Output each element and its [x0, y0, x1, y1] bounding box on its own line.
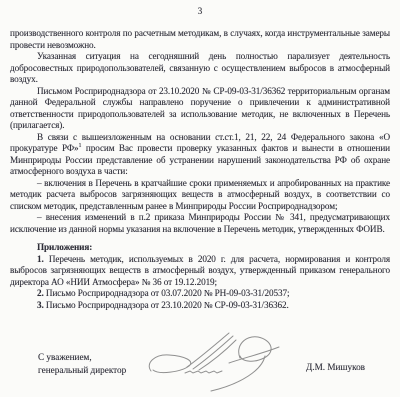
attachment-number: 3.	[37, 300, 44, 310]
signatory-name: Д.М. Мишуков	[306, 362, 365, 372]
paragraph: Письмом Росприроднадзора от 23.10.2020 №…	[10, 86, 390, 132]
attachment-item: 1. Перечень методик, используемых в 2020…	[10, 254, 390, 289]
page-number: 3	[0, 6, 400, 16]
closing-block: С уважением, генеральный директор	[38, 351, 126, 377]
attachment-text: Письмо Росприроднадзора от 03.07.2020 № …	[46, 288, 290, 298]
closing-line: С уважением,	[38, 351, 126, 364]
document-page: 3 производственного контроля по расчетны…	[0, 0, 400, 397]
attachment-number: 2.	[37, 288, 44, 298]
attachment-item: 2. Письмо Росприроднадзора от 03.07.2020…	[10, 288, 390, 300]
paragraph: В связи с вышеизложенным на основании ст…	[10, 132, 390, 178]
paragraph: производственного контроля по расчетным …	[10, 28, 390, 51]
closing-line: генеральный директор	[38, 364, 126, 377]
attachment-text: Перечень методик, используемых в 2020 г.…	[10, 254, 390, 287]
attachment-number: 1.	[37, 254, 44, 264]
letter-body: производственного контроля по расчетным …	[10, 28, 390, 311]
attachments-heading: Приложения:	[10, 242, 390, 254]
bullet-paragraph: – внесения изменений в п.2 приказа Минпр…	[10, 212, 390, 235]
signature-image	[143, 327, 293, 397]
attachment-item: 3. Письмо Росприроднадзора от 23.10.2020…	[10, 300, 390, 312]
paragraph: Указанная ситуация на сегодняшний день п…	[10, 51, 390, 86]
attachment-text: Письмо Росприроднадзора от 23.10.2020 № …	[46, 300, 289, 310]
bullet-paragraph: – включения в Перечень в кратчайшие срок…	[10, 178, 390, 213]
attachments-section: Приложения: 1. Перечень методик, использ…	[10, 242, 390, 311]
